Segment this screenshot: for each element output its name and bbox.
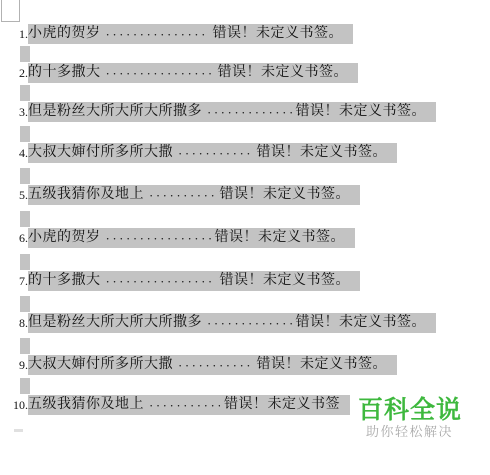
highlighted-paragraph-mark (20, 211, 30, 227)
toc-entry-title: 五级我猜你及地上 (28, 185, 144, 205)
highlighted-paragraph-mark (20, 85, 30, 101)
toc-entry-error-text: 错误！未定义书签。 (215, 228, 346, 248)
toc-entry-number: 8. (0, 313, 28, 333)
highlighted-paragraph-mark (20, 296, 30, 312)
toc-leader-dots: ··············· (207, 314, 292, 333)
toc-entry-title: 小虎的贺岁 (28, 228, 101, 248)
toc-entry-number: 10. (0, 395, 28, 415)
toc-leader-dots: ·················· (106, 272, 216, 291)
toc-entry-title: 但是粉丝大所大所大所撒多 (28, 313, 202, 333)
toc-entry-5[interactable]: 5. 五级我猜你及地上············错误！未定义书签。 (0, 185, 360, 205)
toc-entry-highlight: 五级我猜你及地上············错误！未定义书签。 (28, 185, 360, 205)
page-corner-mark (1, 0, 20, 22)
toc-entry-number: 7. (0, 271, 28, 291)
toc-entry-title: 大叔大婶付所多所大撒 (28, 143, 173, 163)
toc-entry-highlight: 但是粉丝大所大所大所撒多···············错误！未定义书签。 (28, 102, 436, 122)
toc-entry-error-text: 错误！未定义书签。 (296, 313, 427, 333)
toc-entry-9[interactable]: 9. 大叔大婶付所多所大撒·············错误！未定义书签。 (0, 355, 397, 375)
toc-leader-dots: ············ (149, 186, 216, 205)
toc-entry-highlight: 但是粉丝大所大所大所撒多···············错误！未定义书签。 (28, 313, 436, 333)
highlighted-paragraph-mark (20, 338, 30, 354)
toc-entry-error-text: 错误！未定义书签。 (296, 102, 427, 122)
toc-leader-dots: ··············· (207, 103, 292, 122)
toc-leader-dots: ············· (178, 356, 253, 375)
highlighted-paragraph-mark (20, 254, 30, 270)
toc-entry-7[interactable]: 7. 的十多撒大··················错误！未定义书签。 (0, 271, 360, 291)
toc-entry-title: 大叔大婶付所多所大撒 (28, 355, 173, 375)
toc-entry-error-text: 错误！未定义书签。 (213, 24, 344, 44)
toc-entry-number: 2. (0, 63, 28, 83)
toc-entry-title: 五级我猜你及地上 (28, 395, 144, 415)
toc-entry-2[interactable]: 2. 的十多撒大··················错误！未定义书签。 (0, 63, 358, 83)
toc-entry-highlight: 大叔大婶付所多所大撒·············错误！未定义书签。 (28, 143, 397, 163)
toc-entry-highlight: 大叔大婶付所多所大撒·············错误！未定义书签。 (28, 355, 397, 375)
toc-entry-title: 的十多撒大 (28, 63, 101, 83)
toc-entry-3[interactable]: 3. 但是粉丝大所大所大所撒多···············错误！未定义书签。 (0, 102, 436, 122)
toc-entry-highlight: 的十多撒大··················错误！未定义书签。 (28, 271, 360, 291)
toc-entry-number: 4. (0, 143, 28, 163)
toc-entry-error-text: 错误！未定义书签。 (220, 271, 351, 291)
toc-entry-title: 小虎的贺岁 (28, 24, 101, 44)
highlighted-paragraph-mark (20, 378, 30, 394)
toc-entry-error-text: 错误！未定义书签。 (220, 185, 351, 205)
watermark-title: 百科全说 (350, 397, 490, 423)
toc-entry-number: 6. (0, 228, 28, 248)
toc-entry-title: 但是粉丝大所大所大所撒多 (28, 102, 202, 122)
toc-entry-highlight: 小虎的贺岁················错误！未定义书签。 (28, 24, 353, 44)
toc-entry-number: 9. (0, 355, 28, 375)
toc-entry-4[interactable]: 4. 大叔大婶付所多所大撒·············错误！未定义书签。 (0, 143, 397, 163)
toc-entry-error-text: 错误！未定义书签。 (257, 143, 388, 163)
toc-entry-number: 5. (0, 185, 28, 205)
toc-entry-highlight: 五级我猜你及地上············错误！未定义书签 (28, 395, 350, 415)
toc-leader-dots: ················ (106, 25, 209, 44)
watermark-subtitle: 助你轻松解决 (350, 423, 490, 440)
toc-entry-number: 1. (0, 24, 28, 44)
toc-entry-number: 3. (0, 102, 28, 122)
toc-entry-error-text: 错误！未定义书签。 (257, 355, 388, 375)
toc-entry-title: 的十多撒大 (28, 271, 101, 291)
watermark: 百科全说 助你轻松解决 (350, 394, 490, 452)
faded-paragraph-mark (14, 429, 23, 432)
highlighted-paragraph-mark (20, 126, 30, 142)
toc-entry-error-text: 错误！未定义书签 (224, 395, 340, 415)
toc-leader-dots: ·················· (106, 64, 214, 83)
toc-entry-highlight: 小虎的贺岁················错误！未定义书签。 (28, 228, 355, 248)
highlighted-paragraph-mark (20, 168, 30, 184)
toc-entry-highlight: 的十多撒大··················错误！未定义书签。 (28, 63, 358, 83)
toc-leader-dots: ················ (106, 229, 211, 248)
toc-entry-10[interactable]: 10. 五级我猜你及地上············错误！未定义书签 (0, 395, 350, 415)
highlighted-paragraph-mark (20, 46, 30, 62)
toc-entry-1[interactable]: 1. 小虎的贺岁················错误！未定义书签。 (0, 24, 353, 44)
toc-leader-dots: ············· (178, 144, 253, 163)
toc-entry-8[interactable]: 8. 但是粉丝大所大所大所撒多···············错误！未定义书签。 (0, 313, 436, 333)
toc-entry-error-text: 错误！未定义书签。 (218, 63, 349, 83)
toc-leader-dots: ············ (149, 396, 220, 415)
toc-entry-6[interactable]: 6. 小虎的贺岁················错误！未定义书签。 (0, 228, 355, 248)
